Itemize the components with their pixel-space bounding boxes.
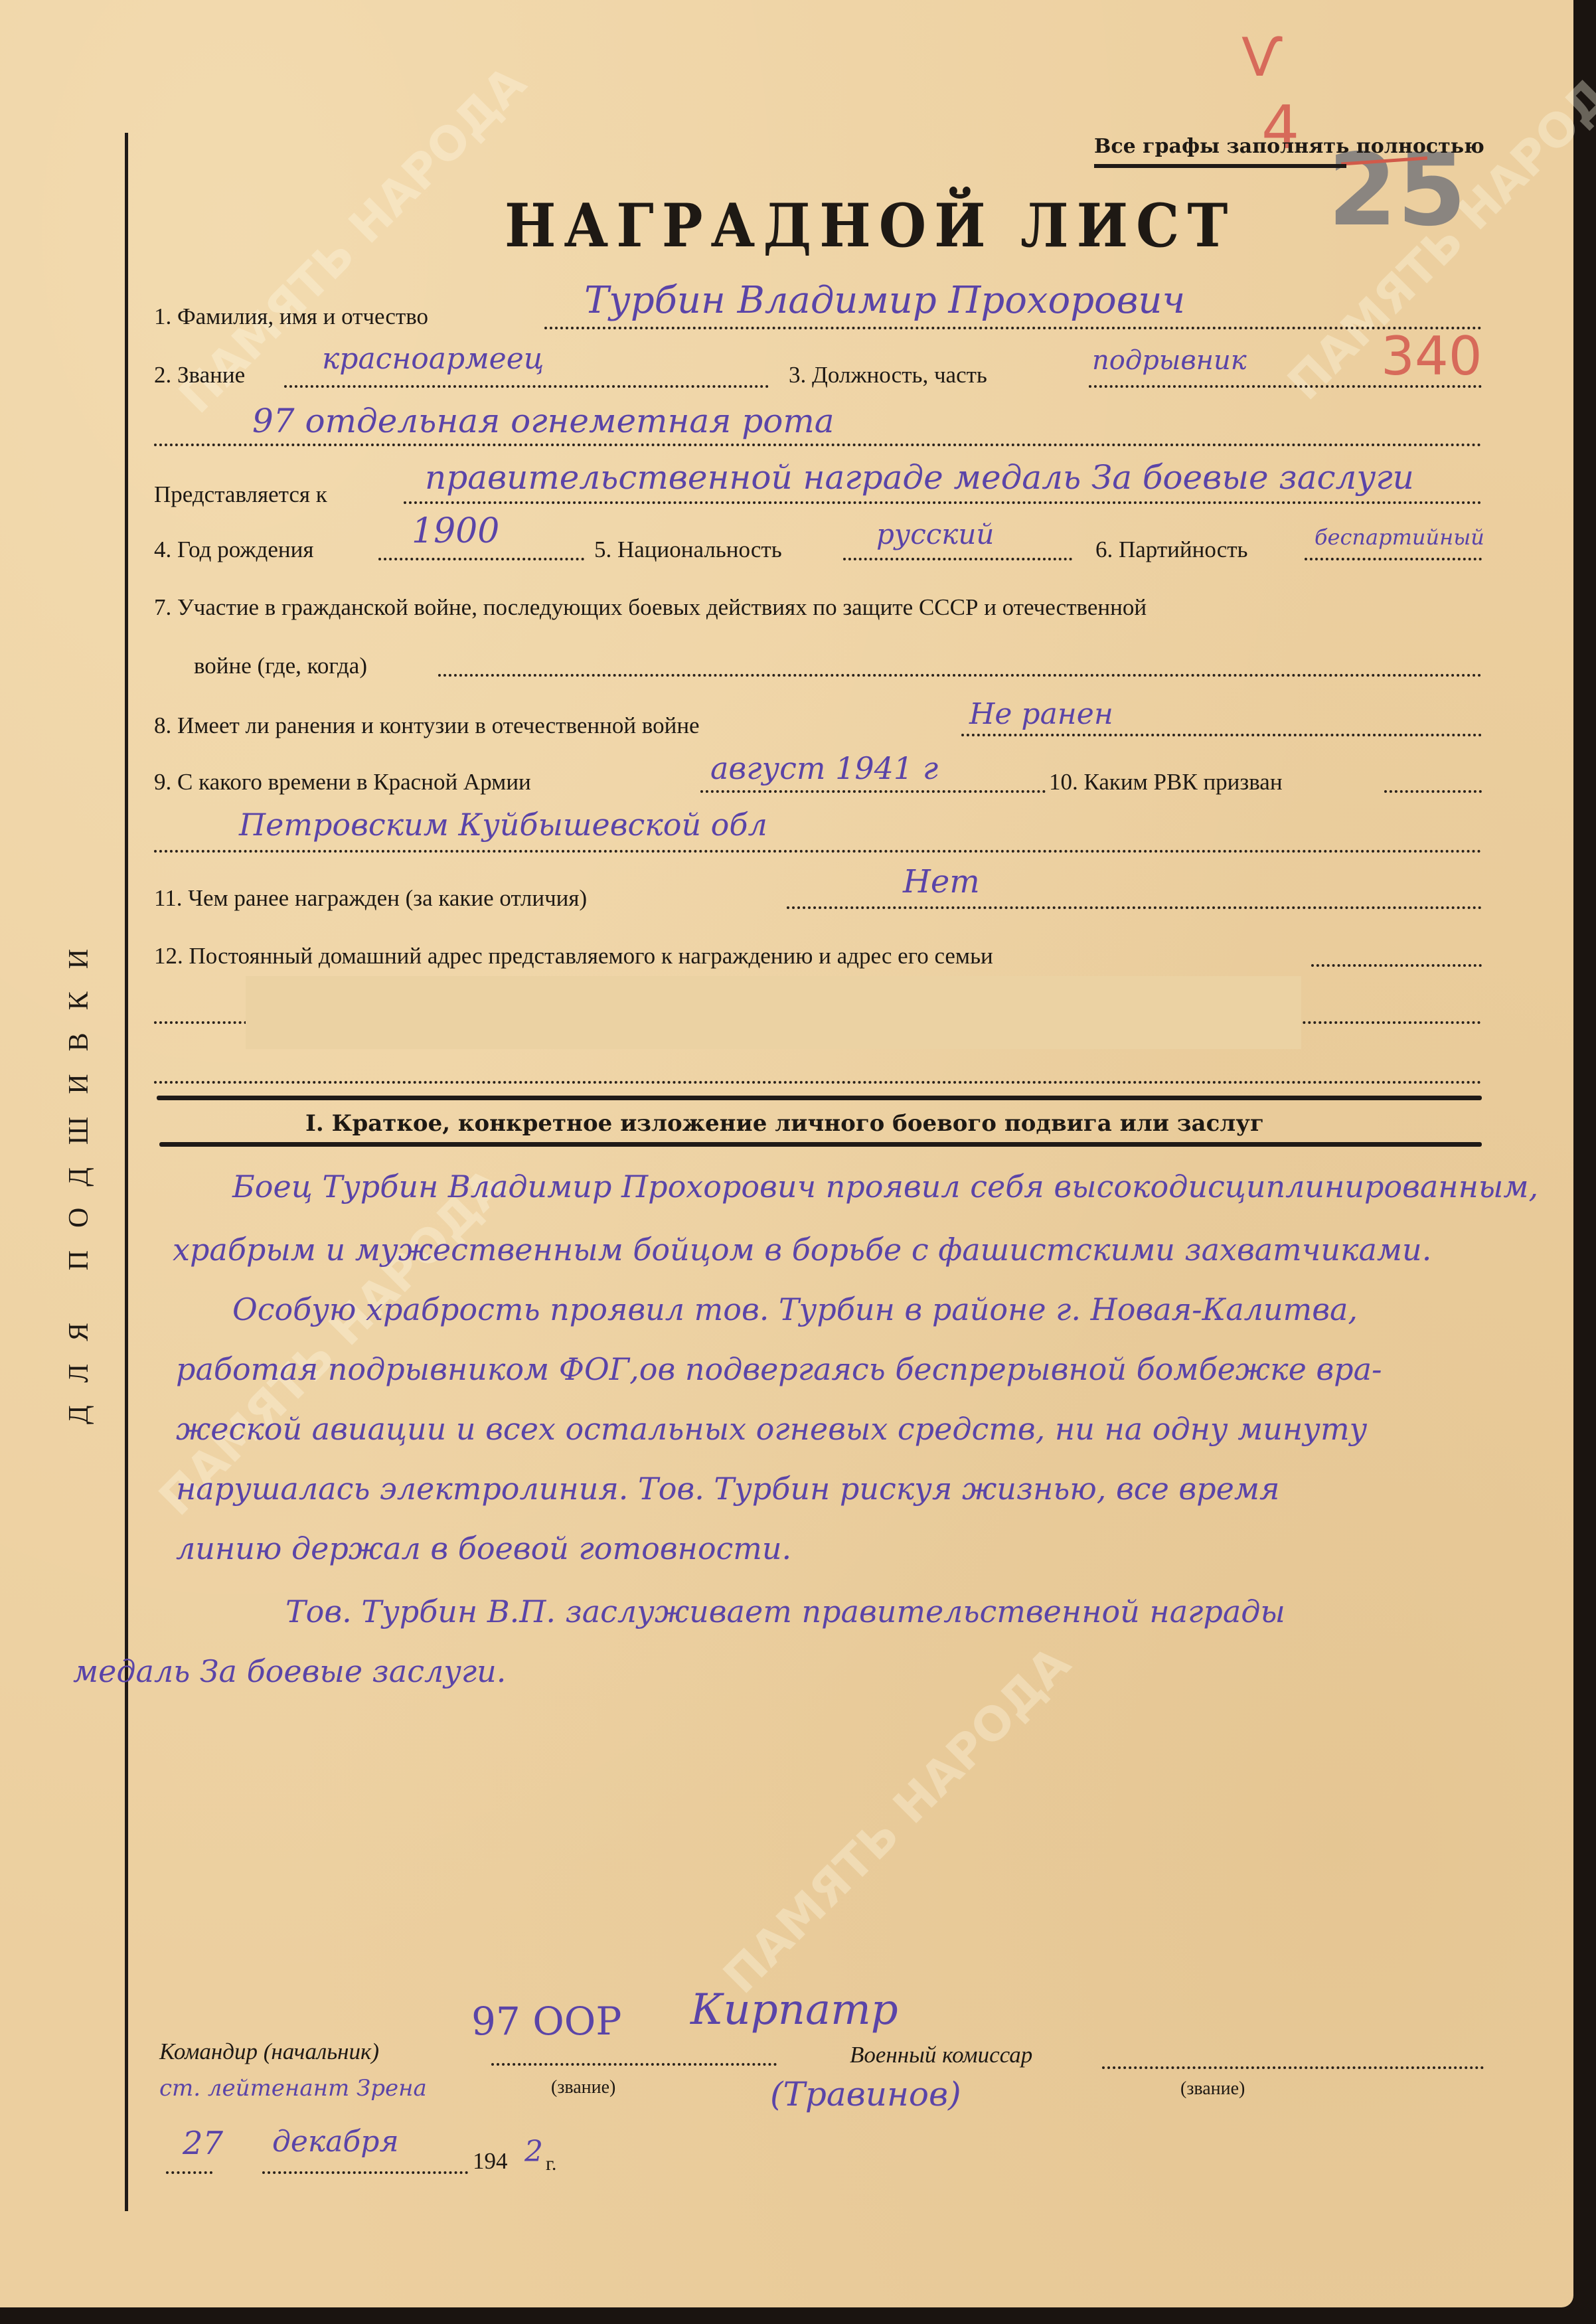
narrative-line: жеской авиации и всех остальных огневых …: [176, 1411, 1367, 1447]
field-6-line: [1305, 558, 1482, 560]
unit-line: [154, 444, 1482, 446]
field-3-label: 3. Должность, часть: [789, 362, 987, 388]
date-year-prefix: 194: [473, 2148, 508, 2175]
field-11-line: [787, 906, 1482, 909]
field-2-label: 2. Звание: [154, 362, 245, 388]
field-6-value: беспартийный: [1315, 525, 1484, 550]
redacted-address: [246, 976, 1301, 1049]
narrative-line: нарушалась электролиния. Тов. Турбин рис…: [176, 1471, 1279, 1507]
field-7-label-line2: войне (где, когда): [194, 653, 367, 679]
field-3-line: [1089, 385, 1482, 388]
commander-signature: Кирпатр: [690, 1985, 898, 2034]
commander-unit: 97 ООР: [471, 1999, 621, 2044]
red-number-annotation: 340: [1381, 325, 1482, 387]
nominated-label: Представляется к: [154, 481, 327, 508]
nominated-value: правительственной награде медаль За боев…: [425, 458, 1414, 497]
field-10-line: [1384, 790, 1482, 793]
document-title: НАГРАДНОЙ ЛИСТ: [505, 191, 1236, 261]
field-11-label: 11. Чем ранее награжден (за какие отличи…: [154, 885, 587, 912]
narrative-line: Тов. Турбин В.П. заслуживает правительст…: [285, 1594, 1285, 1629]
commander-rank: ст. лейтенант Зрена: [159, 2075, 427, 2102]
date-day: 27: [183, 2125, 223, 2162]
field-3-value: подрывник: [1092, 345, 1247, 376]
field-8-label: 8. Имеет ли ранения и контузии в отечест…: [154, 712, 700, 739]
section-top-rule: [157, 1096, 1482, 1100]
red-check-mark: Ѵ: [1241, 27, 1283, 88]
instructions-underline: [1094, 164, 1346, 168]
award-sheet: ПАМЯТЬ НАРОДА ПАМЯТЬ НАРОДА ПАМЯТЬ НАРОД…: [0, 0, 1573, 2307]
field-2-line: [284, 385, 769, 388]
field-10-continuation-line: [154, 850, 1482, 853]
narrative-line: Особую храбрость проявил тов. Турбин в р…: [232, 1291, 1358, 1327]
field-9-value: август 1941 г: [710, 750, 938, 786]
field-7-line: [438, 674, 1482, 677]
commander-rank-caption: (звание): [551, 2077, 615, 2098]
field-5-label: 5. Национальность: [594, 537, 782, 563]
field-2-value: красноармеец: [322, 342, 544, 376]
field-4-value: 1900: [412, 511, 499, 551]
narrative-line: храбрым и мужественным бойцом в борьбе с…: [173, 1232, 1431, 1268]
field-4-line: [378, 558, 584, 560]
narrative-line: медаль За боевые заслуги.: [73, 1653, 506, 1689]
commander-label: Командир (начальник): [159, 2038, 379, 2065]
commissar-line: [1102, 2066, 1484, 2069]
field-1-value: Турбин Владимир Прохорович: [584, 279, 1185, 322]
section-bottom-rule: [159, 1142, 1482, 1147]
field-9-line: [700, 790, 1046, 793]
date-year-suffix: 2: [524, 2135, 543, 2169]
field-5-line: [843, 558, 1072, 560]
date-month-line: [262, 2171, 468, 2174]
field-1-line: [544, 327, 1482, 329]
field-1-label: 1. Фамилия, имя и отчество: [154, 303, 428, 330]
field-10-label: 10. Каким РВК призван: [1049, 769, 1283, 795]
date-day-line: [166, 2171, 212, 2174]
binding-margin-label: ДЛЯ ПОДШИВКИ: [63, 890, 103, 1461]
field-10-value: Петровским Куйбышевской обл: [239, 807, 767, 843]
field-5-value: русский: [876, 518, 994, 550]
commissar-signature: (Травинов): [770, 2075, 961, 2114]
field-9-label: 9. С какого времени в Красной Армии: [154, 769, 531, 795]
unit-value: 97 отдельная огнеметная рота: [252, 402, 835, 440]
nominated-line: [404, 501, 1482, 504]
section-top-dotted-line: [154, 1081, 1482, 1084]
narrative-line: Боец Турбин Владимир Прохорович проявил …: [232, 1169, 1538, 1204]
field-7-label-line1: 7. Участие в гражданской войне, последую…: [154, 594, 1147, 621]
field-8-value: Не ранен: [969, 697, 1113, 731]
commander-line: [491, 2063, 777, 2066]
field-6-label: 6. Партийность: [1095, 537, 1248, 563]
field-11-value: Нет: [903, 863, 980, 900]
field-12-label: 12. Постоянный домашний адрес представля…: [154, 943, 993, 969]
commissar-label: Военный комиссар: [850, 2042, 1032, 2068]
field-4-label: 4. Год рождения: [154, 537, 313, 563]
field-12-line: [1311, 964, 1482, 967]
date-month: декабря: [272, 2125, 399, 2159]
binding-margin-line: [125, 133, 128, 2211]
commissar-rank-caption: (звание): [1180, 2078, 1245, 2100]
instructions-note: Все графы заполнять полностью: [1094, 135, 1484, 158]
date-suffix: г.: [546, 2153, 556, 2175]
field-8-line: [961, 734, 1482, 736]
section-1-title: I. Краткое, конкретное изложение личного…: [305, 1110, 1264, 1137]
narrative-line: работая подрывником ФОГ,ов подвергаясь б…: [176, 1351, 1382, 1387]
narrative-line: линию держал в боевой готовности.: [176, 1531, 791, 1566]
watermark: ПАМЯТЬ НАРОДА: [713, 1636, 1081, 2004]
